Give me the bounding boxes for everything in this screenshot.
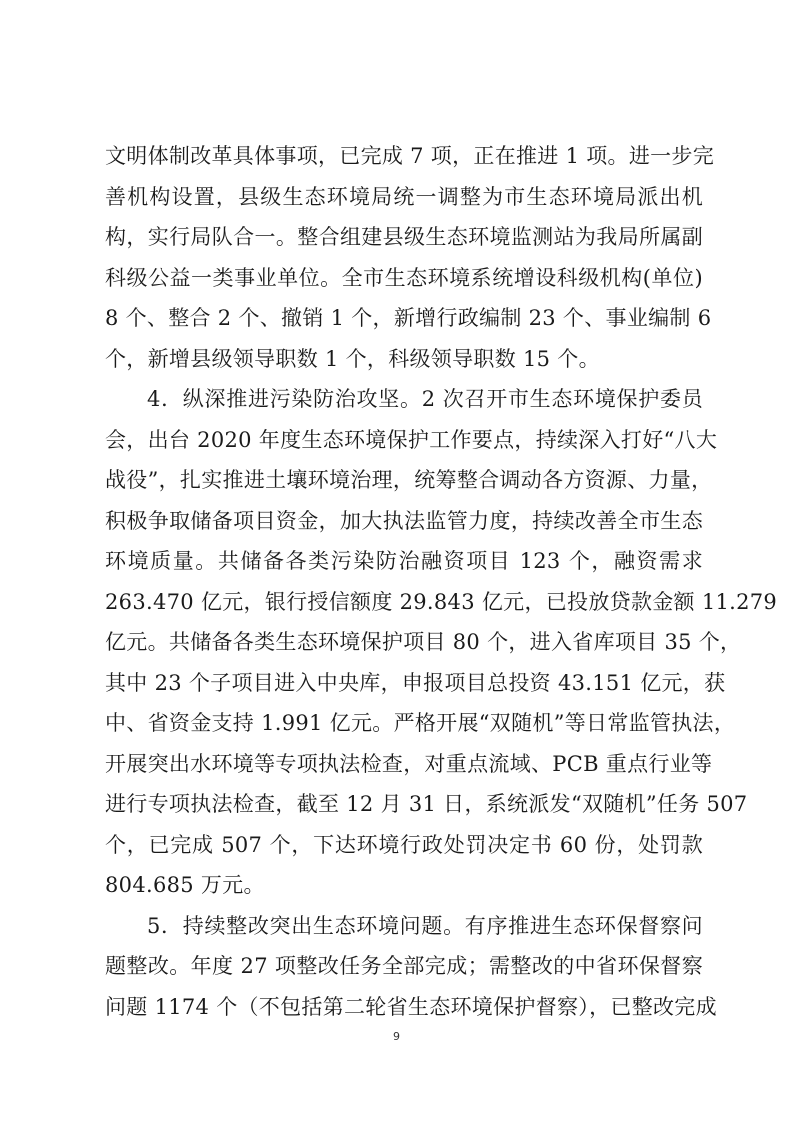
document-page: 文明体制改革具体事项，已完成 7 项，正在推进 1 项。进一步完善机构设置，县级… xyxy=(0,0,793,1122)
text-line: 其中 23 个子项目进入中央库，申报项目总投资 43.151 亿元，获 xyxy=(105,663,703,704)
text-line: 8 个、整合 2 个、撤销 1 个，新增行政编制 23 个、事业编制 6 xyxy=(105,298,703,339)
text-line: 263.470 亿元，银行授信额度 29.843 亿元，已投放贷款金额 11.2… xyxy=(105,582,703,623)
text-line: 进行专项执法检查，截至 12 月 31 日，系统派发“双随机”任务 507 xyxy=(105,784,703,825)
text-line: 科级公益一类事业单位。全市生态环境系统增设科级机构(单位) xyxy=(105,258,703,299)
text-line: 善机构设置，县级生态环境局统一调整为市生态环境局派出机 xyxy=(105,177,703,218)
text-line: 问题 1174 个（不包括第二轮省生态环境保护督察），已整改完成 xyxy=(105,987,703,1028)
text-line: 会，出台 2020 年度生态环境保护工作要点，持续深入打好“八大 xyxy=(105,420,703,461)
text-line: 亿元。共储备各类生态环境保护项目 80 个，进入省库项目 35 个， xyxy=(105,622,703,663)
text-line: 804.685 万元。 xyxy=(105,865,703,906)
paragraph-first-line: 5．持续整改突出生态环境问题。有序推进生态环保督察问 xyxy=(105,906,703,947)
text-line: 个，已完成 507 个，下达环境行政处罚决定书 60 份，处罚款 xyxy=(105,825,703,866)
text-line: 中、省资金支持 1.991 亿元。严格开展“双随机”等日常监管执法， xyxy=(105,703,703,744)
text-line: 文明体制改革具体事项，已完成 7 项，正在推进 1 项。进一步完 xyxy=(105,136,703,177)
text-line: 环境质量。共储备各类污染防治融资项目 123 个，融资需求 xyxy=(105,541,703,582)
text-line: 战役”，扎实推进土壤环境治理，统筹整合调动各方资源、力量， xyxy=(105,460,703,501)
text-line: 开展突出水环境等专项执法检查，对重点流域、PCB 重点行业等 xyxy=(105,744,703,785)
text-line: 积极争取储备项目资金，加大执法监管力度，持续改善全市生态 xyxy=(105,501,703,542)
text-line: 个，新增县级领导职数 1 个，科级领导职数 15 个。 xyxy=(105,339,703,380)
page-number: 9 xyxy=(0,1030,793,1043)
text-line: 构，实行局队合一。整合组建县级生态环境监测站为我局所属副 xyxy=(105,217,703,258)
body-text: 文明体制改革具体事项，已完成 7 项，正在推进 1 项。进一步完善机构设置，县级… xyxy=(105,136,703,1027)
text-line: 题整改。年度 27 项整改任务全部完成；需整改的中省环保督察 xyxy=(105,946,703,987)
paragraph-first-line: 4．纵深推进污染防治攻坚。2 次召开市生态环境保护委员 xyxy=(105,379,703,420)
